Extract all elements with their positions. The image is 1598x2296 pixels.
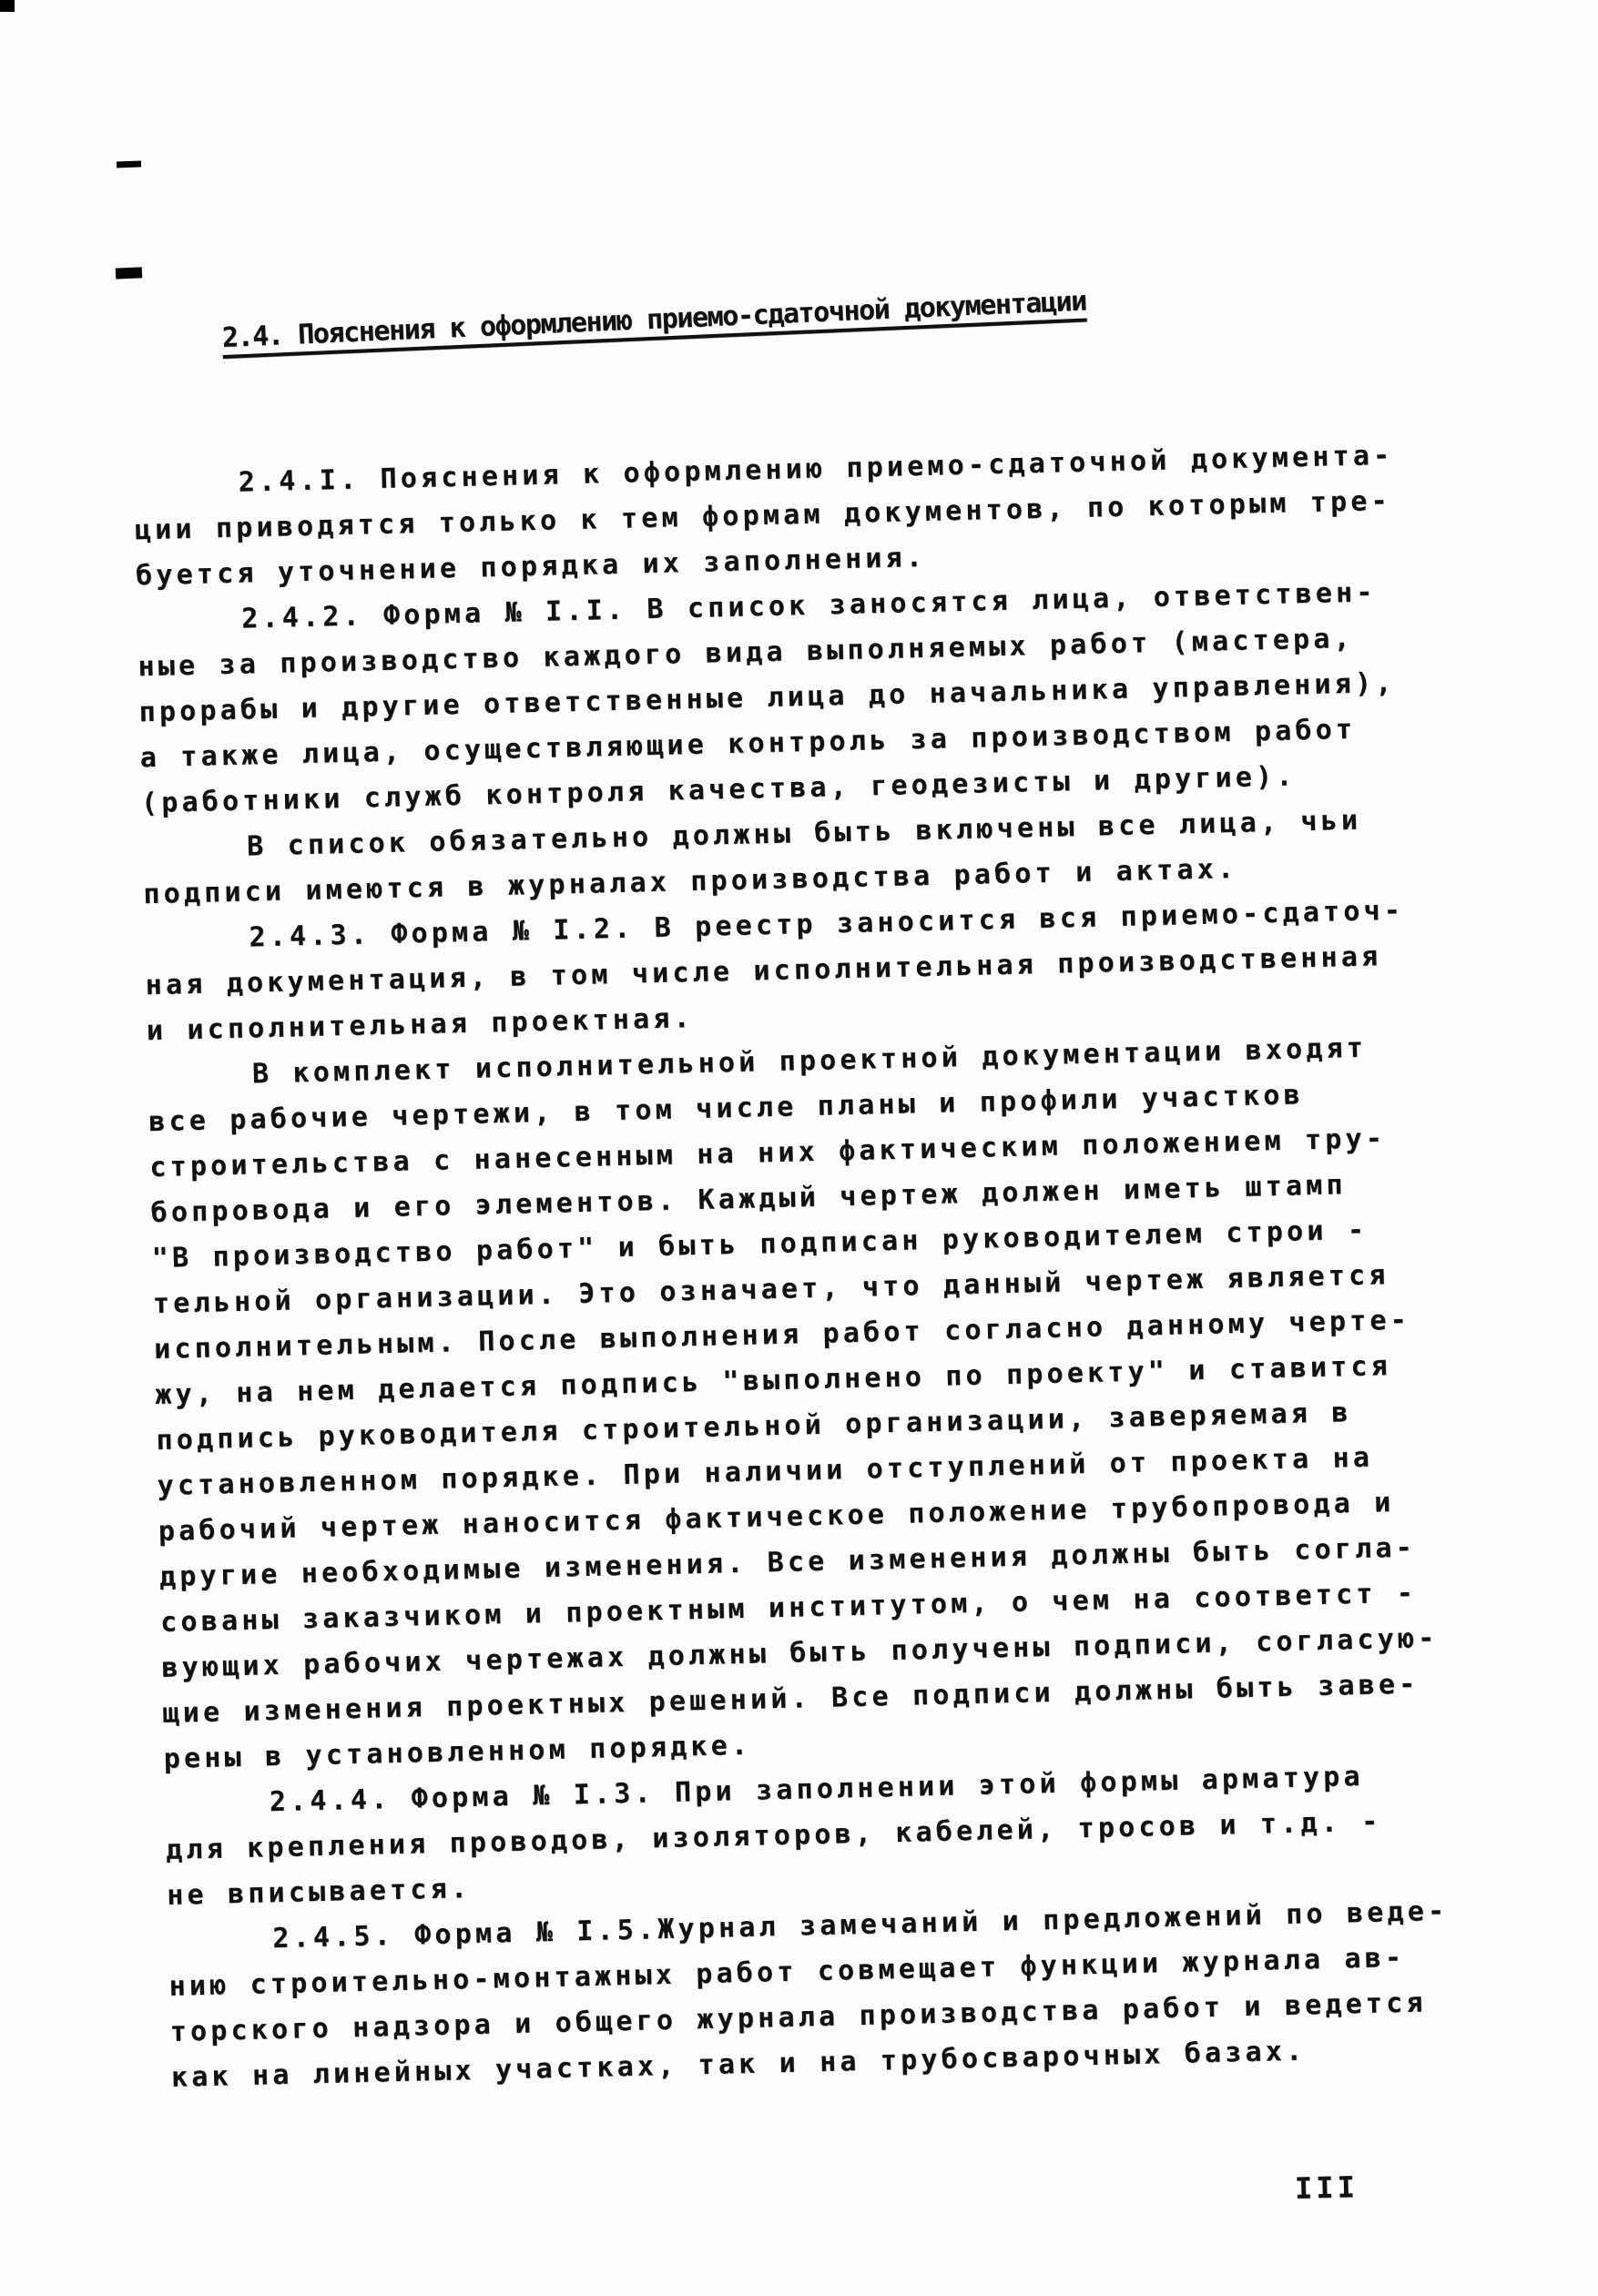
document-body: 2.4.I. Пояснения к оформлению приемо-сда… — [133, 432, 1491, 2101]
scan-smudge — [117, 161, 141, 168]
section-heading-text: 2.4. Пояснения к оформлению приемо-сдато… — [221, 285, 1086, 354]
page-number: III — [1295, 2169, 1359, 2206]
document-page: 2.4. Пояснения к оформлению приемо-сдато… — [0, 0, 1598, 2296]
scan-corner-artifact — [0, 0, 15, 12]
section-heading: 2.4. Пояснения к оформлению приемо-сдато… — [129, 238, 1450, 390]
scan-smudge — [116, 267, 142, 279]
document-content: 2.4. Пояснения к оформлению приемо-сдато… — [129, 263, 1491, 2101]
